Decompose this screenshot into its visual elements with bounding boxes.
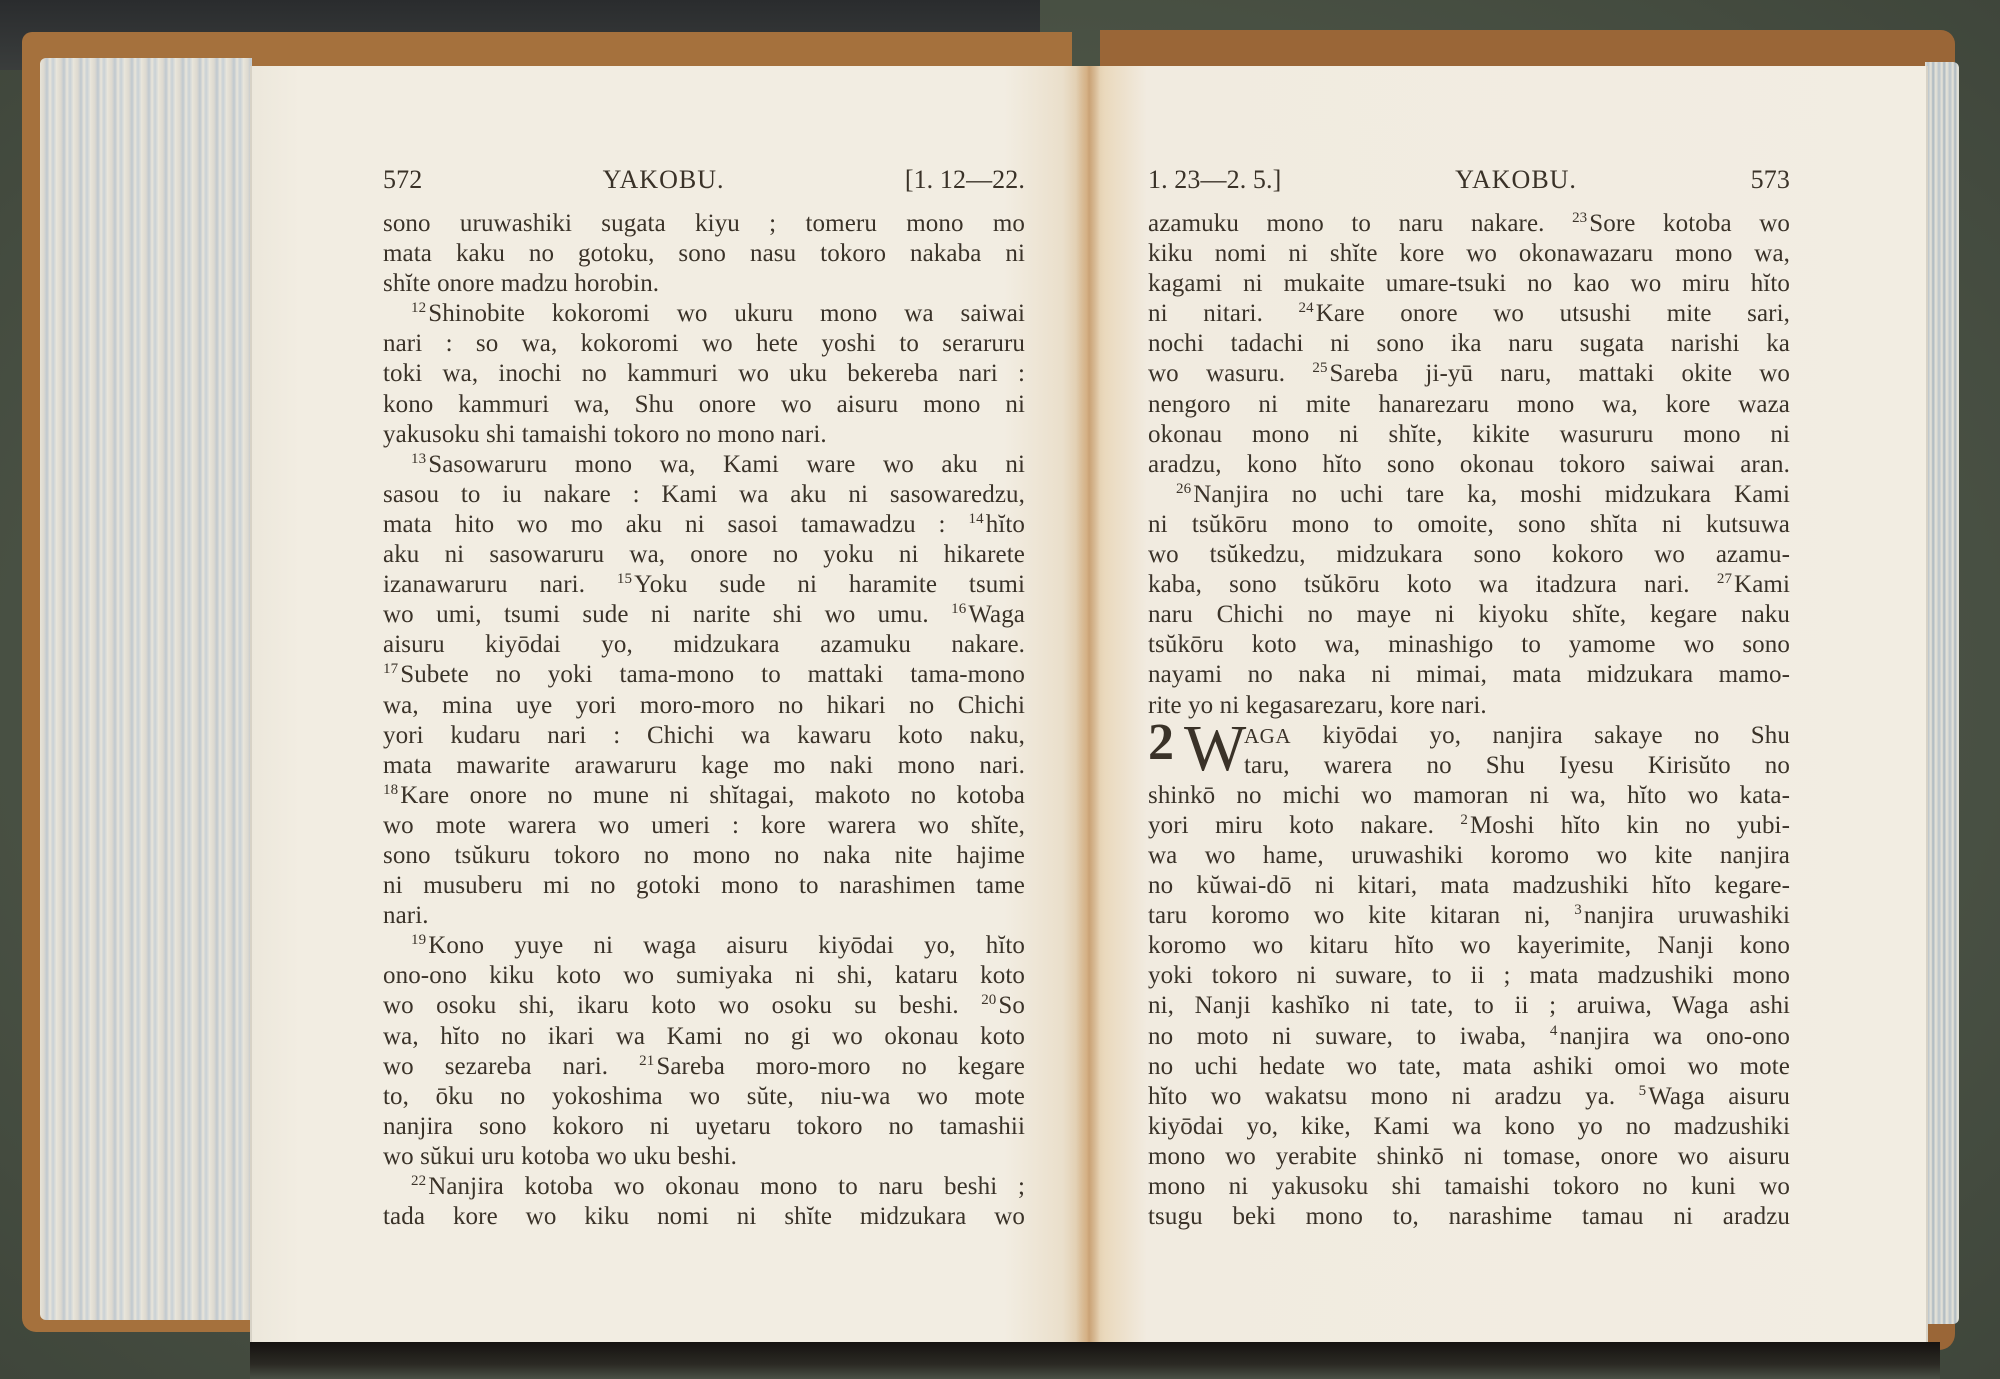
bottom-shadow bbox=[250, 1342, 1940, 1379]
text-line: kiyōdai yo, kike, Kami wa kono yo no mad… bbox=[1148, 1112, 1790, 1142]
verse-number: 27 bbox=[1717, 571, 1732, 587]
text-line: ni nitari. 24Kare onore wo utsushi mite … bbox=[1148, 299, 1790, 329]
verse-number: 25 bbox=[1312, 360, 1327, 376]
text-line: no moto ni suware, to iwaba, 4nanjira wa… bbox=[1148, 1022, 1790, 1052]
verse-number: 23 bbox=[1572, 210, 1587, 226]
text-line: to, ōku no yokoshima wo sŭte, niu-wa wo … bbox=[383, 1082, 1025, 1112]
text-line: wo wasuru. 25Sareba ji-yū naru, mattaki … bbox=[1148, 359, 1790, 389]
right-body-text: azamuku mono to naru nakare. 23Sore koto… bbox=[1148, 209, 1790, 721]
text-line: yoki tokoro ni suware, to ii ; mata madz… bbox=[1148, 961, 1790, 991]
text-line: tsŭkōru koto wa, minashigo to yamome wo … bbox=[1148, 630, 1790, 660]
text-line: koromo wo kitaru hĭto wo kayerimite, Nan… bbox=[1148, 931, 1790, 961]
chapter-opening: 2 W AGA kiyōdai yo, nanjira sakaye no Sh… bbox=[1148, 721, 1790, 781]
text-line: nari : so wa, kokoromi wo hete yoshi to … bbox=[383, 329, 1025, 359]
text-line: kono kammuri wa, Shu onore wo aisuru mon… bbox=[383, 390, 1025, 420]
verse-number: 19 bbox=[411, 932, 426, 948]
text-line: 26Nanjira no uchi tare ka, moshi midzuka… bbox=[1148, 480, 1790, 510]
verse-number: 13 bbox=[411, 451, 426, 467]
text-line: nochi tadachi ni sono ika naru sugata na… bbox=[1148, 329, 1790, 359]
text-line: yori kudaru nari : Chichi wa kawaru koto… bbox=[383, 721, 1025, 751]
text-line: naru Chichi no maye ni kiyoku shĭte, keg… bbox=[1148, 600, 1790, 630]
text-line: 12Shinobite kokoromi wo ukuru mono wa sa… bbox=[383, 299, 1025, 329]
text-line: wa, hĭto no ikari wa Kami no gi wo okona… bbox=[383, 1022, 1025, 1052]
line-text: kiyōdai yo, nanjira sakaye no Shu bbox=[1322, 722, 1790, 749]
text-line: tada kore wo kiku nomi ni shĭte midzukar… bbox=[383, 1202, 1025, 1232]
chapter-two-text: shinkō no michi wo mamoran ni wa, hĭto w… bbox=[1148, 781, 1790, 1232]
text-line: aradzu, kono hĭto sono okonau tokoro sai… bbox=[1148, 450, 1790, 480]
running-title: YAKOBU. bbox=[603, 165, 725, 195]
text-line: wa wo hame, uruwashiki koromo wo kite na… bbox=[1148, 841, 1790, 871]
left-running-header: 572 YAKOBU. [1. 12—22. bbox=[383, 165, 1025, 203]
verse-number: 18 bbox=[383, 782, 398, 798]
text-line: ni, Nanji kashĭko ni tate, to ii ; aruiw… bbox=[1148, 991, 1790, 1021]
book-gutter bbox=[1076, 66, 1100, 1346]
chapter-number: 2 bbox=[1148, 715, 1174, 771]
text-line: mata mawarite arawaruru kage mo naki mon… bbox=[383, 751, 1025, 781]
text-line: aisuru kiyōdai yo, midzukara azamuku nak… bbox=[383, 630, 1025, 660]
right-running-header: 1. 23—2. 5.] YAKOBU. 573 bbox=[1148, 165, 1790, 203]
left-page-text: 572 YAKOBU. [1. 12—22. sono uruwashiki s… bbox=[383, 165, 1025, 1232]
page-number: 573 bbox=[1751, 165, 1790, 195]
verse-number: 14 bbox=[969, 511, 984, 527]
text-line: wo mote warera wo umeri : kore warera wo… bbox=[383, 811, 1025, 841]
text-line: aku ni sasowaruru wa, onore no yoku ni h… bbox=[383, 540, 1025, 570]
text-line: nengoro ni mite hanarezaru mono wa, kore… bbox=[1148, 390, 1790, 420]
verse-number: 24 bbox=[1299, 300, 1314, 316]
drop-cap: W bbox=[1184, 719, 1246, 779]
text-line: wo sŭkui uru kotoba wo uku beshi. bbox=[383, 1142, 1025, 1172]
text-line: nayami no naka ni mimai, mata midzukara … bbox=[1148, 660, 1790, 690]
text-line: kaba, sono tsŭkōru koto wa itadzura nari… bbox=[1148, 570, 1790, 600]
running-title: YAKOBU. bbox=[1455, 165, 1577, 195]
text-line: 22Nanjira kotoba wo okonau mono to naru … bbox=[383, 1172, 1025, 1202]
text-line: nanjira sono kokoro ni uyetaru tokoro no… bbox=[383, 1112, 1025, 1142]
text-line: kiku nomi ni shĭte kore wo okonawazaru m… bbox=[1148, 239, 1790, 269]
text-line: taru koromo wo kite kitaran ni, 3nanjira… bbox=[1148, 901, 1790, 931]
chapter-verse-reference: [1. 12—22. bbox=[905, 165, 1025, 195]
text-line: kagami ni mukaite umare-tsuki no kao wo … bbox=[1148, 269, 1790, 299]
verse-number: 22 bbox=[411, 1173, 426, 1189]
text-line: ni musuberu mi no gotoki mono to narashi… bbox=[383, 871, 1025, 901]
text-line: 19Kono yuye ni waga aisuru kiyōdai yo, h… bbox=[383, 931, 1025, 961]
page-number: 572 bbox=[383, 165, 422, 195]
text-line: sasou to iu nakare : Kami wa aku ni saso… bbox=[383, 480, 1025, 510]
text-line: azamuku mono to naru nakare. 23Sore koto… bbox=[1148, 209, 1790, 239]
verse-number: 16 bbox=[951, 601, 966, 617]
verse-number: 4 bbox=[1550, 1023, 1558, 1039]
verse-number: 17 bbox=[383, 661, 398, 677]
left-body-text: sono uruwashiki sugata kiyu ; tomeru mon… bbox=[383, 209, 1025, 1232]
verse-number: 12 bbox=[411, 300, 426, 316]
text-line: mono ni yakusoku shi tamaishi tokoro no … bbox=[1148, 1172, 1790, 1202]
text-line: shinkō no michi wo mamoran ni wa, hĭto w… bbox=[1148, 781, 1790, 811]
text-line: wo umi, tsumi sude ni narite shi wo umu.… bbox=[383, 600, 1025, 630]
text-line: no uchi hedate wo tate, mata ashiki omoi… bbox=[1148, 1052, 1790, 1082]
text-line: wo tsŭkedzu, midzukara sono kokoro wo az… bbox=[1148, 540, 1790, 570]
text-line: 17Subete no yoki tama-mono to mattaki ta… bbox=[383, 660, 1025, 690]
text-line: 13Sasowaruru mono wa, Kami ware wo aku n… bbox=[383, 450, 1025, 480]
text-line: sono uruwashiki sugata kiyu ; tomeru mon… bbox=[383, 209, 1025, 239]
text-line: toki wa, inochi no kammuri wo uku bekere… bbox=[383, 359, 1025, 389]
text-line: wa, mina uye yori moro-moro no hikari no… bbox=[383, 691, 1025, 721]
text-line: ni tsŭkōru mono to omoite, sono shĭta ni… bbox=[1148, 510, 1790, 540]
text-line: mata hito wo mo aku ni sasoi tamawadzu :… bbox=[383, 510, 1025, 540]
text-line: mono wo yerabite shinkō ni tomase, onore… bbox=[1148, 1142, 1790, 1172]
text-line: yakusoku shi tamaishi tokoro no mono nar… bbox=[383, 420, 1025, 450]
text-line: shĭte onore madzu horobin. bbox=[383, 269, 1025, 299]
verse-number: 20 bbox=[981, 992, 996, 1008]
page-edges-left bbox=[40, 58, 252, 1320]
verse-number: 26 bbox=[1176, 481, 1191, 497]
page-edges-right bbox=[1925, 62, 1959, 1324]
verse-number: 15 bbox=[617, 571, 632, 587]
right-page-text: 1. 23—2. 5.] YAKOBU. 573 azamuku mono to… bbox=[1148, 165, 1790, 1232]
small-caps-word: AGA bbox=[1244, 724, 1291, 748]
text-line: wo sezareba nari. 21Sareba moro-moro no … bbox=[383, 1052, 1025, 1082]
verse-number: 2 bbox=[1460, 812, 1468, 828]
text-line: sono tsŭkuru tokoro no mono no naka nite… bbox=[383, 841, 1025, 871]
text-line: izanawaruru nari. 15Yoku sude ni haramit… bbox=[383, 570, 1025, 600]
text-line: nari. bbox=[383, 901, 1025, 931]
verse-number: 21 bbox=[639, 1053, 654, 1069]
text-line: mata kaku no gotoku, sono nasu tokoro na… bbox=[383, 239, 1025, 269]
text-line: okonau mono ni shĭte, kikite wasururu mo… bbox=[1148, 420, 1790, 450]
text-line: wo osoku shi, ikaru koto wo osoku su bes… bbox=[383, 991, 1025, 1021]
text-line: hĭto wo wakatsu mono ni aradzu ya. 5Waga… bbox=[1148, 1082, 1790, 1112]
text-line: yori miru koto nakare. 2Moshi hĭto kin n… bbox=[1148, 811, 1790, 841]
text-line: tsugu beki mono to, narashime tamau ni a… bbox=[1148, 1202, 1790, 1232]
text-line: ono-ono kiku koto wo sumiyaka ni shi, ka… bbox=[383, 961, 1025, 991]
text-line: 18Kare onore no mune ni shĭtagai, makoto… bbox=[383, 781, 1025, 811]
chapter-verse-reference: 1. 23—2. 5.] bbox=[1148, 165, 1281, 195]
text-line: no kŭwai-dō ni kitari, mata madzushiki h… bbox=[1148, 871, 1790, 901]
verse-number: 3 bbox=[1574, 902, 1582, 918]
verse-number: 5 bbox=[1639, 1083, 1647, 1099]
